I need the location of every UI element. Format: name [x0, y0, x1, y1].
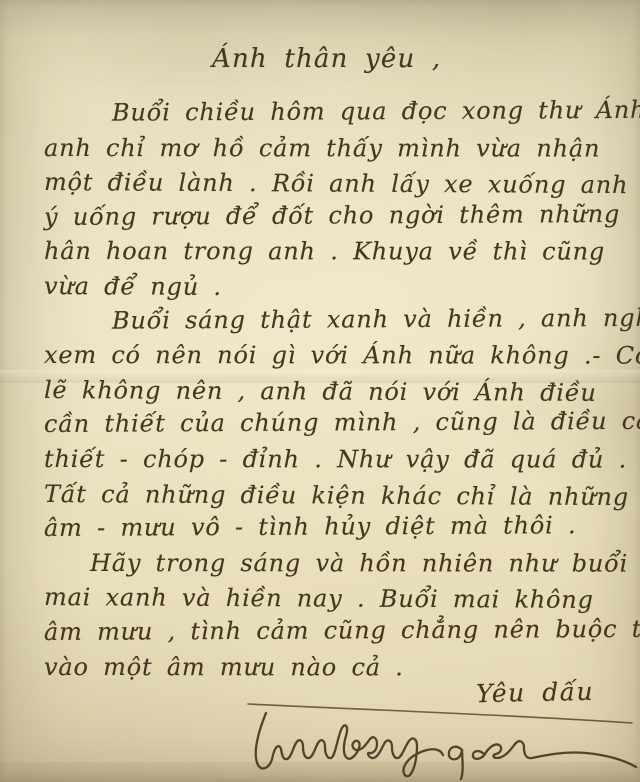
- letter-line: âm - mưu vô - tình hủy diệt mà thôi .: [44, 508, 626, 546]
- scan-shadow-top: [0, 0, 640, 36]
- signature: [228, 692, 640, 782]
- letter-line: cần thiết của chúng mình , cũng là điều …: [44, 404, 626, 442]
- letter-line: Buổi chiều hôm qua đọc xong thư Ánh: [44, 93, 626, 131]
- salutation: Ánh thân yêu ,: [212, 44, 441, 74]
- signature-ink-path-son: [473, 741, 636, 767]
- letter-line: thiết - chóp - đỉnh . Như vậy đã quá đủ …: [44, 442, 626, 477]
- letter-page: Ánh thân yêu , Buổi chiều hôm qua đọc xo…: [0, 0, 640, 782]
- signature-ink-path: [256, 713, 443, 776]
- signature-underline-stroke: [248, 704, 632, 723]
- letter-line: ý uống rượu để đốt cho ngời thêm những: [44, 197, 626, 235]
- signature-ink-path-q: [449, 747, 463, 779]
- letter-line: Buổi sáng thật xanh và hiền , anh nghĩ: [44, 301, 626, 339]
- letter-line: hân hoan trong anh . Khuya về thì cũng: [44, 234, 626, 269]
- letter-line: anh chỉ mơ hồ cảm thấy mình vừa nhận: [44, 131, 626, 166]
- letter-line: xem có nên nói gì với Ánh nữa không .- C…: [44, 338, 626, 373]
- letter-line: âm mưu , tình cảm cũng chẳng nên buộc th…: [44, 612, 626, 650]
- letter-body: Buổi chiều hôm qua đọc xong thư Ánh anh …: [44, 96, 626, 684]
- letter-line: Hãy trong sáng và hồn nhiên như buổi: [44, 546, 626, 581]
